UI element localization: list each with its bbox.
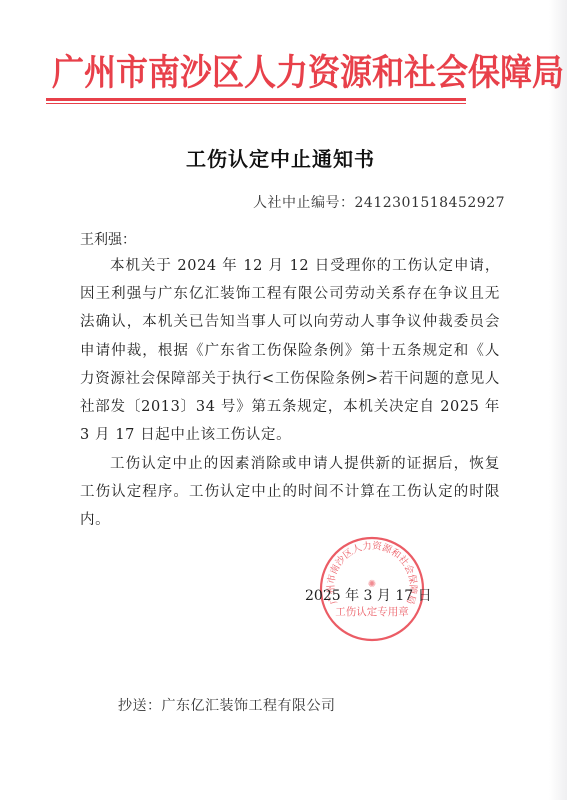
seal-inner-text: 工伤认定专用章	[335, 605, 409, 618]
body-paragraph-1: 本机关于 2024 年 12 月 12 日受理你的工伤认定申请，因王利强与广东亿…	[80, 252, 500, 449]
body-paragraph-2: 工伤认定中止的因素消除或申请人提供新的证据后，恢复工伤认定程序。工伤认定中止的时…	[80, 450, 500, 535]
letterhead-rule-thin	[46, 103, 466, 104]
addressee: 王利强：	[80, 229, 136, 249]
document-number: 人社中止编号：2412301518452927	[253, 192, 505, 212]
letterhead-org-name: 广州市南沙区人力资源和社会保障局	[52, 44, 512, 100]
letterhead-rule-thick	[46, 98, 466, 101]
document-number-label: 人社中止编号：	[253, 195, 355, 211]
cc-recipient: 抄送：广东亿汇装饰工程有限公司	[118, 695, 336, 715]
document-title: 工伤认定中止通知书	[186, 143, 375, 172]
scan-edge-shadow	[549, 0, 567, 800]
document-number-value: 2412301518452927	[355, 195, 506, 211]
issue-date: 2025 年 3 月 17 日	[305, 585, 432, 605]
